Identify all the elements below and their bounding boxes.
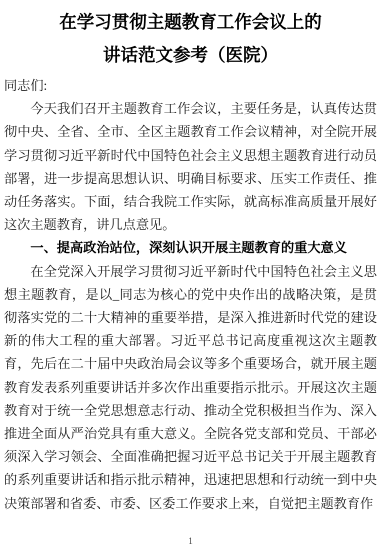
document-title-line-1: 在学习贯彻主题教育工作会议上的 (0, 6, 381, 39)
paragraph-section-1: 在全党深入开展学习贯彻习近平新时代中国特色社会主义思想主题教育，是以_同志为核心… (4, 260, 377, 515)
salutation: 同志们: (4, 74, 377, 97)
document-title: 在学习贯彻主题教育工作会议上的 讲话范文参考（医院） (0, 0, 381, 72)
document-body: 同志们: 今天我们召开主题教育工作会议，主要任务是，认真传达贯彻中央、全省、全市… (4, 74, 377, 515)
document-title-line-2: 讲话范文参考（医院） (0, 39, 381, 72)
page-number: 1 (0, 536, 381, 546)
section-heading-1: 一、提高政治站位，深刻认识开展主题教育的重大意义 (4, 236, 377, 259)
paragraph-opening: 今天我们召开主题教育工作会议，主要任务是，认真传达贯彻中央、全省、全市、全区主题… (4, 97, 377, 236)
document-page: 在学习贯彻主题教育工作会议上的 讲话范文参考（医院） 同志们: 今天我们召开主题… (0, 0, 381, 550)
